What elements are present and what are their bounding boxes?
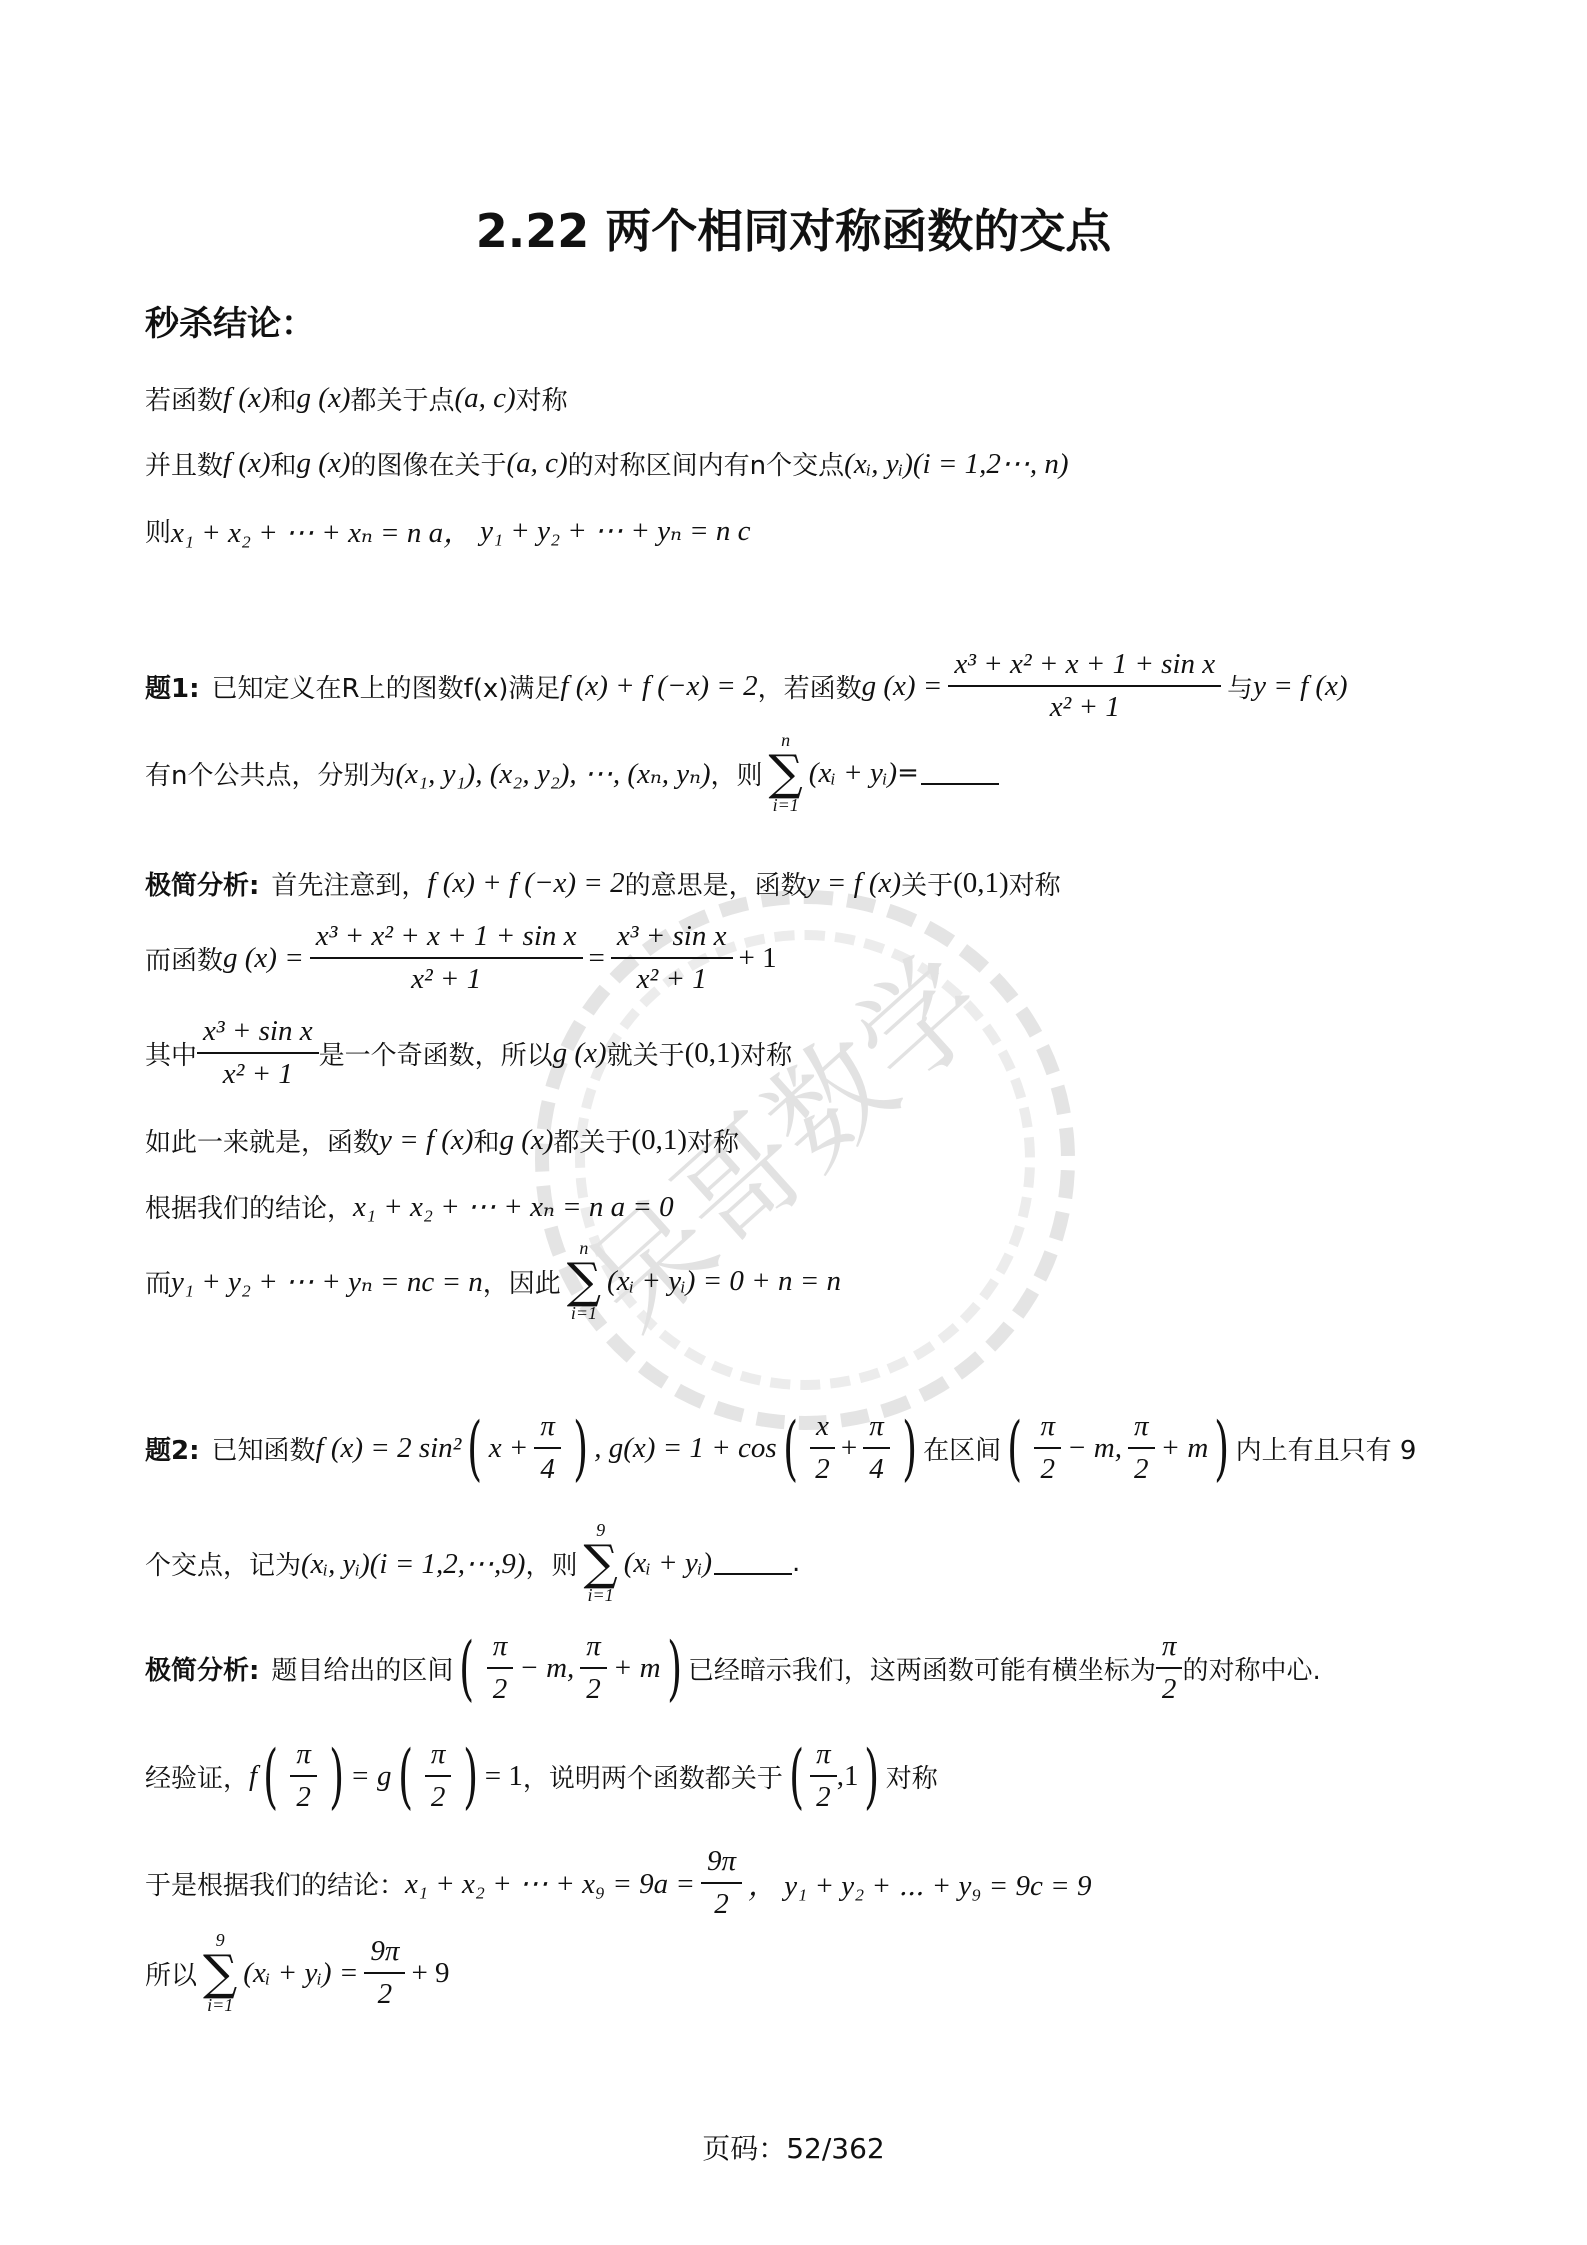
math-g: g (x) [553, 1037, 607, 1070]
text: 的对称中心. [1182, 1650, 1320, 1687]
text: 对称 [886, 1758, 938, 1795]
text: 都关于点 [350, 380, 454, 417]
denominator: 2 [378, 1974, 393, 2011]
math-term: (xᵢ + yᵢ) [624, 1547, 712, 1580]
right-paren: ) [464, 1741, 479, 1811]
fraction: x2 [810, 1410, 835, 1486]
fraction: x³ + x² + x + 1 + sin x x² + 1 [948, 648, 1221, 724]
math-term: (xᵢ + yᵢ) [809, 757, 897, 790]
text: 根据我们的结论， [145, 1188, 353, 1225]
text: ，若函数 [758, 668, 862, 705]
problem2-line-2: 个交点，记为 (xᵢ, yᵢ)(i = 1,2,⋯,9) ，则 9 ∑ i=1 … [145, 1520, 800, 1606]
analysis2-line-4: 所以 9 ∑ i=1 (xᵢ + yᵢ) = 9π2 + 9 [145, 1930, 450, 2016]
denominator: x² + 1 [1050, 687, 1120, 724]
fraction: 9π2 [701, 1845, 742, 1921]
fraction: π4 [863, 1410, 890, 1486]
right-paren: ) [573, 1413, 588, 1483]
summation: 9 ∑ i=1 [203, 1930, 237, 2016]
text: 则 [145, 512, 171, 549]
text: 并且数 [145, 445, 223, 482]
math-point: (a, c) [506, 447, 567, 480]
math-eq: ， y₁ + y₂ + ⋯ + y₉ = 9c = 9 [748, 1863, 1091, 1904]
math-point: (0,1) [685, 1037, 741, 1070]
text: 的意思是，函数 [625, 865, 807, 902]
text: 关于 [901, 865, 953, 902]
summation: 9 ∑ i=1 [583, 1520, 617, 1606]
left-paren: ( [398, 1741, 413, 1811]
page-number: 页码：52/362 [0, 2127, 1587, 2167]
text: 而函数 [145, 940, 223, 977]
analysis1-line-4: 如此一来就是，函数 y = f (x) 和 g (x) 都关于 (0,1) 对称 [145, 1122, 739, 1159]
math-term: (xᵢ + yᵢ) = [243, 1957, 358, 1990]
numerator: π [1128, 1410, 1155, 1449]
denominator: 2 [1162, 1669, 1177, 1706]
text: 就关于 [607, 1035, 685, 1072]
fraction: π2 [1034, 1410, 1061, 1486]
right-paren: ) [667, 1633, 682, 1703]
numerator: 9π [701, 1845, 742, 1884]
sum-lower: i=1 [773, 795, 799, 816]
analysis-label: 极简分析: [145, 865, 259, 902]
math-f: f [249, 1760, 257, 1793]
sigma-icon: ∑ [567, 1259, 601, 1303]
text: . [792, 1548, 800, 1578]
text: 个交点，记为 [145, 1545, 301, 1582]
numerator: x³ + sin x [197, 1015, 319, 1054]
math-sum-x: x₁ + x₂ + ⋯ + xₙ = n a， [171, 510, 472, 551]
math-point: (a, c) [454, 382, 515, 415]
left-paren: ( [783, 1413, 798, 1483]
sum-lower: i=1 [571, 1303, 597, 1324]
text: 和 [271, 380, 297, 417]
fraction: π2 [580, 1630, 607, 1706]
text: 对称 [687, 1122, 739, 1159]
fraction: π2 [290, 1738, 317, 1814]
denominator: 2 [431, 1777, 446, 1814]
numerator: x³ + x² + x + 1 + sin x [948, 648, 1221, 687]
math-f: f (x) [223, 447, 271, 480]
math-eq: = [589, 942, 605, 975]
fraction: π2 [487, 1630, 514, 1706]
math-term: (xᵢ + yᵢ) = 0 + n = n [607, 1265, 841, 1298]
text: 对称 [516, 380, 568, 417]
math-plus-one: + 1 [739, 942, 777, 975]
math-y: y = f (x) [807, 867, 901, 900]
problem-label: 题1: [145, 668, 200, 705]
problem-label: 题2: [145, 1430, 200, 1467]
summation: n ∑ i=1 [769, 730, 803, 816]
math-point: (0,1) [631, 1124, 687, 1157]
text: ，则 [525, 1545, 577, 1582]
numerator: x³ + sin x [611, 920, 733, 959]
text: 对称 [1009, 865, 1061, 902]
answer-blank[interactable] [921, 761, 999, 785]
math-eq: = 1 [485, 1760, 523, 1793]
text: 是一个奇函数，所以 [319, 1035, 553, 1072]
right-paren: ) [902, 1413, 917, 1483]
math-plus: + 9 [411, 1957, 449, 1990]
conclusion-line-1: 若函数 f (x) 和 g (x) 都关于点 (a, c) 对称 [145, 380, 568, 417]
numerator: π [580, 1630, 607, 1669]
sigma-icon: ∑ [203, 1951, 237, 1995]
analysis1-line-2: 而函数 g (x) = x³ + x² + x + 1 + sin x x² +… [145, 920, 777, 996]
math-text: x + [489, 1432, 529, 1465]
text: 所以 [145, 1955, 197, 1992]
denominator: x² + 1 [637, 959, 707, 996]
text: 的图像在关于 [350, 445, 506, 482]
section-heading: 秒杀结论： [145, 296, 315, 345]
math-y: y = f (x) [1253, 670, 1347, 703]
denominator: 2 [816, 1777, 831, 1814]
text: 内上有且只有 9 [1236, 1430, 1417, 1467]
text: 的对称区间内有n个交点 [568, 445, 844, 482]
denominator: x² + 1 [223, 1054, 293, 1091]
math-points: (xᵢ, yᵢ)(i = 1,2,⋯,9) [301, 1546, 525, 1581]
math-point: (0,1) [953, 867, 1009, 900]
right-paren: ) [865, 1741, 880, 1811]
text: 都关于 [553, 1122, 631, 1159]
left-paren: ( [789, 1741, 804, 1811]
text: ，则 [711, 755, 763, 792]
denominator: 2 [1040, 1449, 1055, 1486]
denominator: 4 [540, 1449, 555, 1486]
numerator: π [1034, 1410, 1061, 1449]
math-points: (xᵢ, yᵢ)(i = 1,2⋯, n) [844, 446, 1068, 481]
problem1-line-2: 有n个公共点，分别为 (x₁, y₁), (x₂, y₂), ⋯, (xₙ, y… [145, 730, 999, 816]
text: 于是根据我们的结论： [145, 1865, 405, 1902]
text: 经验证， [145, 1758, 249, 1795]
text: 而 [145, 1263, 171, 1300]
conclusion-line-2: 并且数 f (x) 和 g (x) 的图像在关于 (a, c) 的对称区间内有n… [145, 445, 1069, 482]
left-paren: ( [460, 1633, 475, 1703]
numerator: π [1156, 1630, 1183, 1669]
math-plus: + [841, 1432, 857, 1465]
denominator: 2 [815, 1449, 830, 1486]
analysis-label: 极简分析: [145, 1650, 259, 1687]
text: 和 [271, 445, 297, 482]
fraction: x³ + x² + x + 1 + sin x x² + 1 [310, 920, 583, 996]
analysis2-line-1: 极简分析: 题目给出的区间 ( π2 − m, π2 + m ) 已经暗示我们，… [145, 1630, 1321, 1706]
text: 有n个公共点，分别为 [145, 755, 395, 792]
denominator: 2 [586, 1669, 601, 1706]
text: 和 [473, 1122, 499, 1159]
text: 在区间 [923, 1430, 1001, 1467]
math-g: g (x) = [223, 942, 304, 975]
page-title: 2.22 两个相同对称函数的交点 [0, 195, 1587, 261]
math-eq: y₁ + y₂ + ⋯ + yₙ = nc = n [171, 1264, 483, 1299]
analysis2-line-3: 于是根据我们的结论： x₁ + x₂ + ⋯ + x₉ = 9a = 9π2 ，… [145, 1845, 1091, 1921]
math-text: + m [1161, 1432, 1209, 1465]
math-g: g (x) [297, 382, 351, 415]
sum-lower: i=1 [588, 1585, 614, 1606]
fraction: π2 [1128, 1410, 1155, 1486]
text: 其中 [145, 1035, 197, 1072]
fraction: x³ + sin x x² + 1 [197, 1015, 319, 1091]
math-points: (x₁, y₁), (x₂, y₂), ⋯, (xₙ, yₙ) [395, 756, 710, 791]
fraction: π2 [1156, 1630, 1183, 1706]
analysis1-line-1: 极简分析: 首先注意到， f (x) + f (−x) = 2 的意思是，函数 … [145, 865, 1061, 902]
text: 对称 [740, 1035, 792, 1072]
denominator: 2 [1134, 1449, 1149, 1486]
numerator: π [290, 1738, 317, 1777]
math-g: = g [350, 1760, 391, 1793]
right-paren: ) [329, 1741, 344, 1811]
text: ，因此 [483, 1263, 561, 1300]
text: 已知函数 [212, 1430, 316, 1467]
text: 与 [1227, 668, 1253, 705]
math-f: f (x) = 2 sin² [316, 1432, 462, 1465]
analysis1-line-5: 根据我们的结论， x₁ + x₂ + ⋯ + xₙ = n a = 0 [145, 1188, 674, 1225]
math-text: − m, [519, 1652, 574, 1685]
sigma-icon: ∑ [769, 751, 803, 795]
math-y: y = f (x) [379, 1124, 473, 1157]
problem1-line-1: 题1: 已知定义在R上的图数f(x)满足 f (x) + f (−x) = 2 … [145, 648, 1348, 724]
analysis1-line-3: 其中 x³ + sin x x² + 1 是一个奇函数，所以 g (x) 就关于… [145, 1015, 792, 1091]
math-eq: x₁ + x₂ + ⋯ + xₙ = n a = 0 [353, 1189, 674, 1224]
analysis2-line-2: 经验证， f ( π2 ) = g ( π2 ) = 1 ，说明两个函数都关于 … [145, 1738, 938, 1814]
text: 题目给出的区间 [271, 1650, 453, 1687]
analysis1-line-6: 而 y₁ + y₂ + ⋯ + yₙ = nc = n ，因此 n ∑ i=1 … [145, 1238, 841, 1324]
math-g: g (x) [499, 1124, 553, 1157]
sigma-icon: ∑ [583, 1541, 617, 1585]
denominator: 2 [296, 1777, 311, 1814]
left-paren: ( [468, 1413, 483, 1483]
math-text: + m [613, 1652, 661, 1685]
numerator: π [534, 1410, 561, 1449]
text: 已经暗示我们，这两函数可能有横坐标为 [688, 1650, 1156, 1687]
denominator: 2 [714, 1884, 729, 1921]
math-f: f (x) [223, 382, 271, 415]
left-paren: ( [1007, 1413, 1022, 1483]
math-eq: f (x) + f (−x) = 2 [427, 867, 624, 900]
left-paren: ( [263, 1741, 278, 1811]
math-sum-y: y₁ + y₂ + ⋯ + yₙ = n c [480, 513, 750, 548]
sum-lower: i=1 [207, 1995, 233, 2016]
denominator: 4 [869, 1449, 884, 1486]
math-eq: f (x) + f (−x) = 2 [560, 670, 757, 703]
fraction: π2 [810, 1738, 837, 1814]
math-g: , g(x) = 1 + cos [594, 1432, 776, 1465]
text: 首先注意到， [271, 865, 427, 902]
right-paren: ) [1214, 1413, 1229, 1483]
summation: n ∑ i=1 [567, 1238, 601, 1324]
numerator: 9π [364, 1935, 405, 1974]
math-g: g (x) = [862, 670, 943, 703]
math-eq: x₁ + x₂ + ⋯ + x₉ = 9a = [405, 1866, 695, 1901]
math-g: g (x) [297, 447, 351, 480]
conclusion-line-3: 则 x₁ + x₂ + ⋯ + xₙ = n a， y₁ + y₂ + ⋯ + … [145, 510, 751, 551]
text: = [897, 758, 919, 788]
math-text: ,1 [837, 1760, 859, 1793]
numerator: π [425, 1738, 452, 1777]
fraction: π2 [425, 1738, 452, 1814]
answer-blank[interactable] [714, 1551, 792, 1575]
numerator: x [810, 1410, 835, 1449]
numerator: π [863, 1410, 890, 1449]
numerator: π [810, 1738, 837, 1777]
denominator: 2 [493, 1669, 508, 1706]
fraction: 9π2 [364, 1935, 405, 2011]
numerator: x³ + x² + x + 1 + sin x [310, 920, 583, 959]
text: 已知定义在R上的图数f(x)满足 [212, 668, 561, 705]
fraction: π4 [534, 1410, 561, 1486]
math-text: − m, [1067, 1432, 1122, 1465]
text: 若函数 [145, 380, 223, 417]
denominator: x² + 1 [411, 959, 481, 996]
numerator: π [487, 1630, 514, 1669]
text: ，说明两个函数都关于 [523, 1758, 783, 1795]
problem2-line-1: 题2: 已知函数 f (x) = 2 sin² ( x + π4 ) , g(x… [145, 1410, 1416, 1486]
text: 如此一来就是，函数 [145, 1122, 379, 1159]
fraction: x³ + sin x x² + 1 [611, 920, 733, 996]
